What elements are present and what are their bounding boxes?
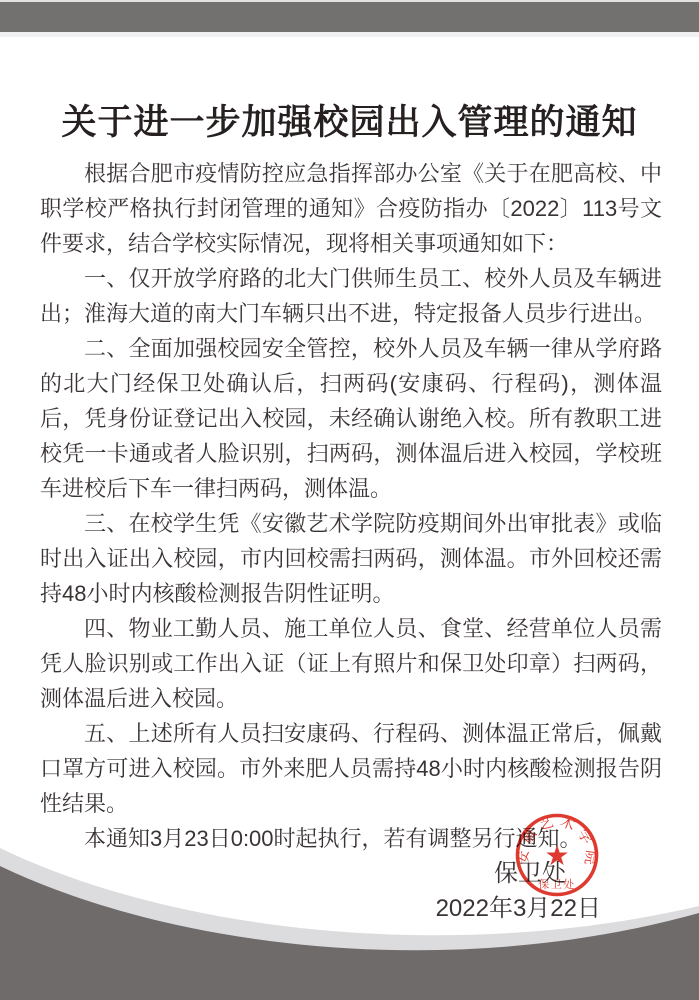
paragraph-item-2: 二、全面加强校园安全管控，校外人员及车辆一律从学府路的北大门经保卫处确认后，扫两… [40, 331, 662, 506]
notice-page: 关于进一步加强校园出入管理的通知 根据合肥市疫情防控应急指挥部办公室《关于在肥高… [0, 0, 699, 1000]
page-title: 关于进一步加强校园出入管理的通知 [0, 95, 699, 145]
paragraph-item-4: 四、物业工勤人员、施工单位人员、食堂、经营单位人员需凭人脸识别或工作出入证（证上… [40, 611, 662, 716]
paragraph-item-3: 三、在校学生凭《安徽艺术学院防疫期间外出审批表》或临时出入证出入校园，市内回校需… [40, 506, 662, 611]
paragraph-item-1: 一、仅开放学府路的北大门供师生员工、校外人员及车辆进出；淮海大道的南大门车辆只出… [40, 261, 662, 331]
paragraph-item-5: 五、上述所有人员扫安康码、行程码、测体温正常后，佩戴口罩方可进入校园。市外来肥人… [40, 716, 662, 821]
top-gray-band [0, 2, 699, 32]
paragraph-intro: 根据合肥市疫情防控应急指挥部办公室《关于在肥高校、中职学校严格执行封闭管理的通知… [40, 156, 662, 261]
top-band-understrip [0, 32, 699, 37]
footer-decoration [0, 840, 699, 1000]
